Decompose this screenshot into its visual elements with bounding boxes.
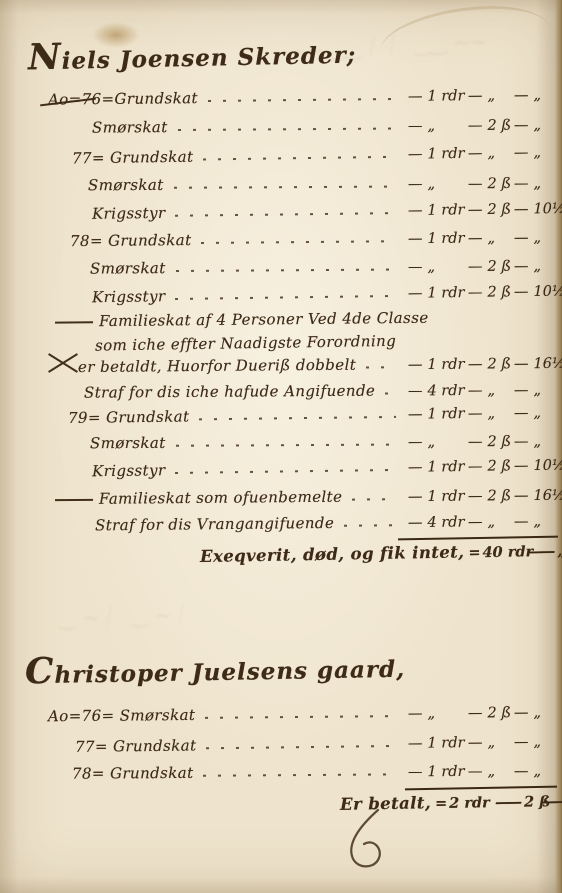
amount-rdr: „ [406, 259, 466, 275]
amount-mark: 2 ß [466, 458, 512, 475]
amount-rdr: 1 rdr [406, 88, 466, 105]
entry-label: 79= Grundskat [68, 407, 190, 426]
dotted-leader [385, 386, 396, 396]
dotted-leader [344, 518, 396, 529]
entry-label: Ao=76= Smørskat [48, 706, 195, 725]
amount-skilling: 16½ [512, 356, 550, 372]
amount-skilling: „ [512, 763, 550, 779]
amount-mark: 2 ß [466, 259, 512, 275]
amount-skilling: „ [512, 514, 550, 530]
entry-label: 77= Grundskat [72, 148, 194, 168]
amount-mark: „ [466, 383, 512, 399]
amount-mark: 2 ß [466, 202, 512, 219]
section-heading: Christoper Juelsens gaard, [25, 645, 406, 693]
dotted-leader [203, 767, 396, 778]
entry-label: Smørskat [88, 176, 164, 194]
amount-skilling: „ [512, 258, 550, 274]
total-skilling: „ [537, 793, 562, 811]
amount-skilling: 10½ [512, 458, 550, 475]
dotted-leader [201, 234, 396, 246]
ledger-row: Straf for dis iche hafude Angifuende 4 r… [84, 380, 550, 401]
entry-label: Smørskat [90, 434, 166, 452]
ledger-row: Smørskat „ 2 ß „ [90, 256, 550, 277]
amount-mark: „ [466, 406, 512, 423]
entry-label: Straf for dis Vrangangifuende [95, 514, 334, 535]
dotted-leader [178, 121, 396, 133]
dotted-leader [206, 739, 396, 751]
amount-mark: 2 ß [466, 488, 512, 504]
total-mark: 2 ß [491, 793, 537, 811]
amount-mark: 2 ß [466, 284, 512, 301]
amount-skilling: 16½ [512, 488, 550, 504]
amount-skilling: „ [512, 87, 550, 103]
entry-label: Straf for dis iche hafude Angifuende [84, 382, 375, 402]
amount-mark: 2 ß [466, 705, 512, 721]
total-rdr: 40 rdr [464, 543, 524, 561]
amount-rdr: 1 rdr [406, 764, 466, 780]
amount-mark: 2 ß [466, 356, 512, 372]
ledger-row: 78= Grundskat 1 rdr „ „ [72, 761, 550, 782]
dotted-leader [366, 360, 396, 370]
dotted-leader [175, 289, 396, 302]
dotted-leader [199, 410, 396, 422]
amount-skilling: „ [512, 145, 550, 162]
entry-label: Familieskat som ofuenbemelte [55, 488, 342, 509]
dotted-leader [174, 180, 396, 191]
entry-label: 78= Grundskat [72, 764, 194, 783]
amount-skilling: „ [512, 405, 550, 421]
amount-skilling: 10½ [512, 201, 550, 217]
entry-label: Krigsstyr [92, 204, 166, 223]
amount-mark: „ [466, 764, 512, 780]
entry-label: Ao=76=Grundskat [48, 89, 198, 109]
amount-skilling: „ [512, 705, 550, 721]
amount-rdr: 1 rdr [406, 285, 466, 302]
amount-rdr: 1 rdr [406, 406, 466, 423]
amount-mark: „ [466, 145, 512, 162]
amount-mark: „ [466, 514, 512, 530]
ledger-row: Smørskat „ 2 ß „ [88, 174, 550, 194]
entry-label: Krigsstyr [92, 287, 166, 306]
amount-skilling: „ [512, 117, 550, 133]
amount-rdr: 1 rdr [406, 489, 466, 506]
amount-skilling: „ [512, 382, 550, 398]
amount-rdr: 1 rdr [406, 357, 466, 374]
dotted-leader [176, 438, 396, 449]
amount-mark: 2 ß [466, 118, 512, 134]
amount-skilling: 10½ [512, 284, 550, 301]
amount-mark: „ [466, 88, 512, 104]
amount-rdr: 4 rdr [406, 383, 466, 399]
amount-skilling: „ [512, 230, 550, 246]
amount-rdr: „ [406, 706, 466, 723]
dotted-leader [203, 150, 396, 163]
amount-rdr: 1 rdr [406, 459, 466, 476]
amount-rdr: 1 rdr [406, 735, 466, 752]
amount-rdr: „ [406, 176, 466, 192]
amount-skilling: „ [512, 176, 550, 192]
ledger-row: Smørskat „ 2 ß „ [92, 115, 550, 136]
dotted-leader [352, 492, 396, 502]
total-mark: „ [524, 543, 562, 561]
total-row: Er betalt, 2 rdr 2 ß „ [340, 791, 550, 814]
amount-rdr: 4 rdr [406, 514, 466, 531]
amount-mark: 2 ß [466, 434, 512, 450]
amount-skilling: „ [512, 434, 550, 450]
ledger-row: Smørskat „ 2 ß „ [90, 432, 550, 452]
dotted-leader [176, 262, 396, 274]
amount-rdr: „ [406, 434, 466, 450]
dotted-leader [175, 463, 396, 476]
dotted-leader [205, 709, 396, 721]
page-binding-edge [555, 0, 562, 893]
amount-rdr: 1 rdr [406, 202, 466, 219]
entry-label: 78= Grundskat [70, 231, 192, 250]
manuscript-page: { "page": { "paper_color": "#eee3cc", "i… [0, 0, 562, 893]
amount-mark: „ [466, 735, 512, 752]
amount-mark: „ [466, 230, 512, 246]
section-heading: Niels Joensen Skreder; [28, 31, 357, 79]
entry-label: Smørskat [92, 118, 168, 137]
amount-rdr: 1 rdr [406, 231, 466, 248]
dotted-leader [208, 92, 396, 104]
entry-label: Smørskat [90, 259, 166, 278]
amount-rdr: 1 rdr [406, 146, 466, 163]
entry-label: 77= Grundskat [75, 736, 197, 755]
dotted-leader [175, 206, 396, 219]
amount-rdr: „ [406, 118, 466, 134]
amount-mark: 2 ß [466, 176, 512, 192]
total-rdr: 2 rdr [431, 794, 491, 812]
entry-label: er betaldt, Huorfor Dueriß dobbelt [78, 356, 356, 376]
entry-label: Krigsstyr [92, 461, 166, 480]
amount-skilling: „ [512, 734, 550, 750]
total-label: Er betalt, [340, 793, 431, 814]
